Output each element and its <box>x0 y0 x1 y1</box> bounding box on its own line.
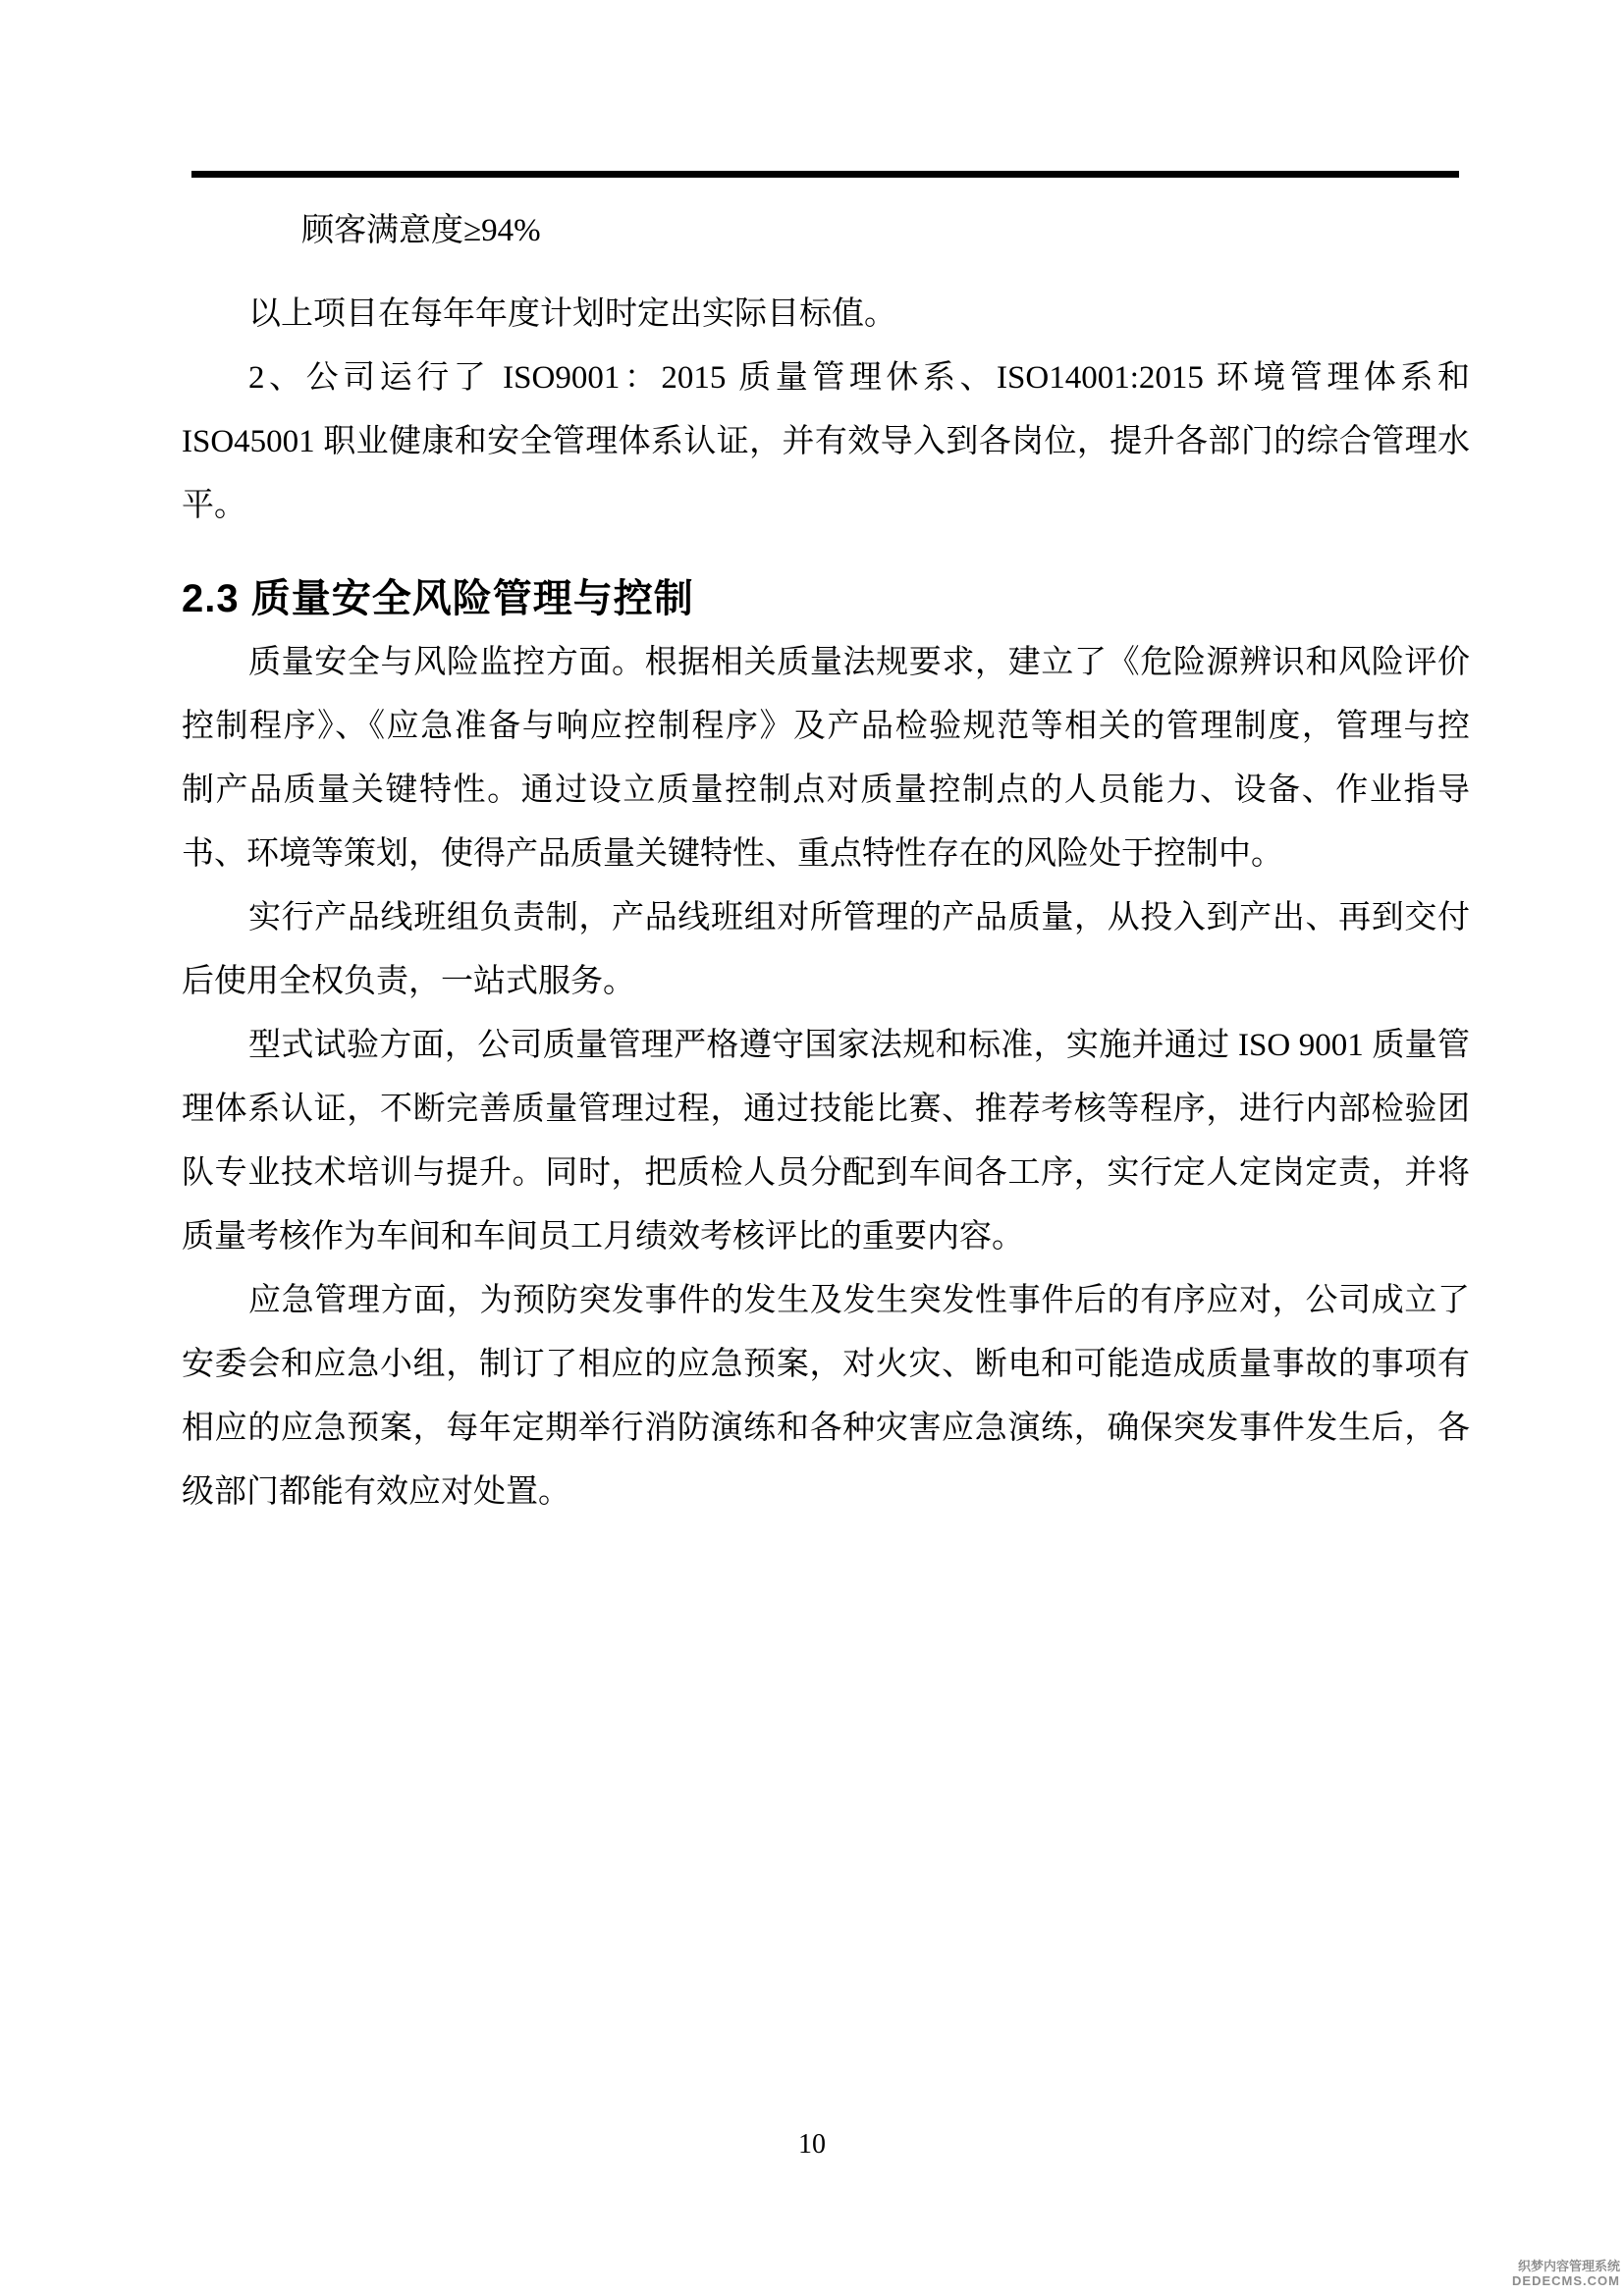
section-heading: 2.3 质量安全风险管理与控制 <box>182 567 1470 631</box>
paragraph: 应急管理方面，为预防突发事件的发生及发生突发性事件后的有序应对，公司成立了安委会… <box>182 1269 1470 1524</box>
text-line: 质量考核作为车间和车间员工月绩效考核评比的重要内容。 <box>182 1205 1470 1269</box>
text-line: 平。 <box>182 474 1470 538</box>
text-line: 书、环境等策划，使得产品质量关键特性、重点特性存在的风险处于控制中。 <box>182 823 1470 886</box>
text-line: 控制程序》、《应急准备与响应控制程序》及产品检验规范等相关的管理制度，管理与控 <box>182 695 1470 759</box>
paragraph: 型式试验方面，公司质量管理严格遵守国家法规和标准，实施并通过 ISO 9001 … <box>182 1014 1470 1269</box>
heading-text: 2.3 质量安全风险管理与控制 <box>182 567 1470 631</box>
text-line: 相应的应急预案，每年定期举行消防演练和各种灾害应急演练，确保突发事件发生后，各 <box>182 1397 1470 1461</box>
text-line: 后使用全权负责，一站式服务。 <box>182 950 1470 1014</box>
header-rule <box>191 171 1459 178</box>
text-line: 理体系认证，不断完善质量管理过程，通过技能比赛、推荐考核等程序，进行内部检验团 <box>182 1078 1470 1142</box>
paragraph: 实行产品线班组负责制，产品线班组对所管理的产品质量，从投入到产出、再到交付后使用… <box>182 886 1470 1014</box>
text-line: 安委会和应急小组，制订了相应的应急预案，对火灾、断电和可能造成质量事故的事项有 <box>182 1333 1470 1397</box>
watermark-cms-name: 织梦内容管理系统 <box>1512 2259 1620 2274</box>
paragraph: 质量安全与风险监控方面。根据相关质量法规要求，建立了《危险源辨识和风险评价控制程… <box>182 631 1470 886</box>
text-line: 制产品质量关键特性。通过设立质量控制点对质量控制点的人员能力、设备、作业指导 <box>182 759 1470 823</box>
text-line: 以上项目在每年年度计划时定出实际目标值。 <box>182 283 1470 347</box>
paragraph: 以上项目在每年年度计划时定出实际目标值。 <box>182 283 1470 347</box>
text-line: 型式试验方面，公司质量管理严格遵守国家法规和标准，实施并通过 ISO 9001 … <box>182 1014 1470 1078</box>
watermark-cms-domain: DEDECMS.COM <box>1512 2274 1620 2288</box>
document-page: 顾客满意度≥94%以上项目在每年年度计划时定出实际目标值。2、公司运行了 ISO… <box>0 0 1624 2296</box>
document-body: 顾客满意度≥94%以上项目在每年年度计划时定出实际目标值。2、公司运行了 ISO… <box>182 199 1470 1524</box>
paragraph: 2、公司运行了 ISO9001：2015 质量管理休系、ISO14001:201… <box>182 347 1470 538</box>
text-line: 级部门都能有效应对处置。 <box>182 1461 1470 1524</box>
watermark: 织梦内容管理系统 DEDECMS.COM <box>1512 2259 1620 2288</box>
text-line: 质量安全与风险监控方面。根据相关质量法规要求，建立了《危险源辨识和风险评价 <box>182 631 1470 695</box>
text-line: 2、公司运行了 ISO9001：2015 质量管理休系、ISO14001:201… <box>182 347 1470 410</box>
paragraph: 顾客满意度≥94% <box>182 199 1470 263</box>
text-line: 顾客满意度≥94% <box>182 199 1470 263</box>
page-number: 10 <box>0 2128 1624 2162</box>
text-line: 实行产品线班组负责制，产品线班组对所管理的产品质量，从投入到产出、再到交付 <box>182 886 1470 950</box>
text-line: ISO45001 职业健康和安全管理体系认证，并有效导入到各岗位，提升各部门的综… <box>182 410 1470 474</box>
text-line: 应急管理方面，为预防突发事件的发生及发生突发性事件后的有序应对，公司成立了 <box>182 1269 1470 1333</box>
text-line: 队专业技术培训与提升。同时，把质检人员分配到车间各工序，实行定人定岗定责，并将 <box>182 1142 1470 1205</box>
